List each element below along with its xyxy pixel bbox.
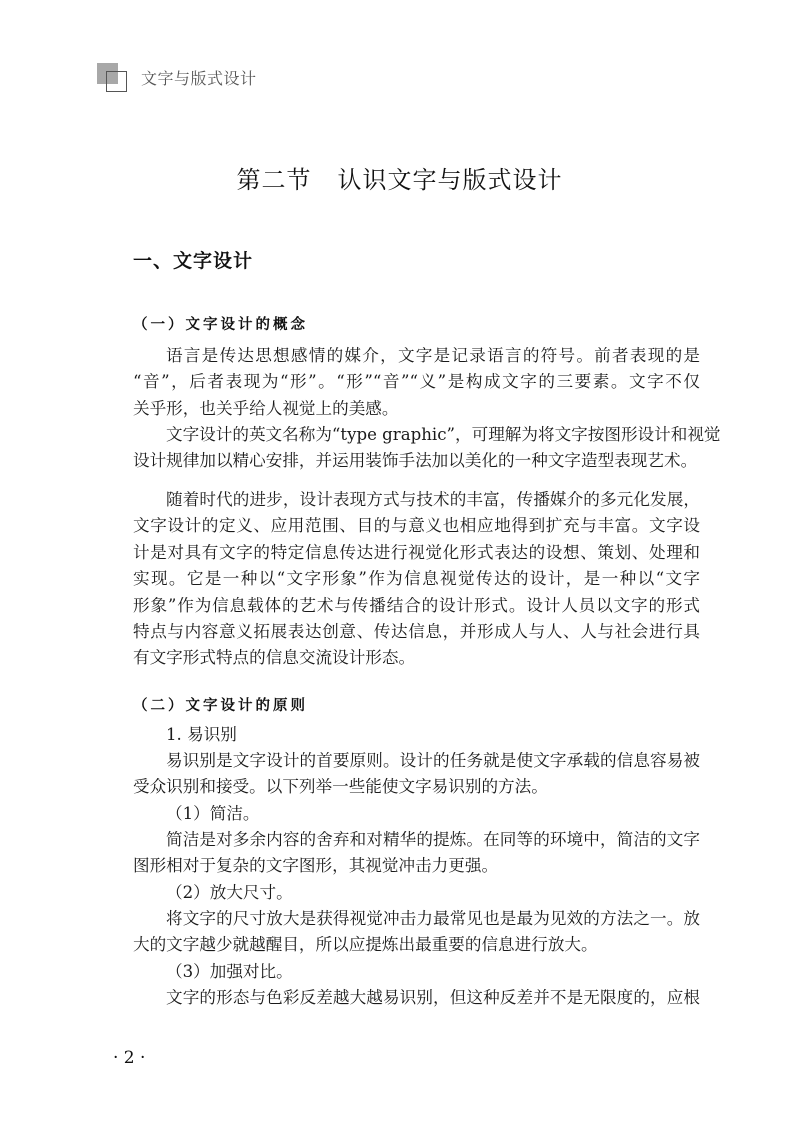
- running-head-title: 文字与版式设计: [141, 66, 257, 89]
- subsection-heading-1: （一）文字设计的概念: [133, 313, 308, 334]
- paragraph: 文字设计的英文名称为“type graphic”，可理解为将文字按图形设计和视觉…: [133, 422, 700, 475]
- page-number: · 2 ·: [113, 1048, 145, 1068]
- text-line: 关乎形，也关乎给人视觉上的美感。: [133, 396, 700, 422]
- paragraph: 将文字的尺寸放大是获得视觉冲击力最常见也是最为见效的方法之一。放 大的文字越少就…: [133, 906, 700, 959]
- section-title-text: 认识文字与版式设计: [338, 166, 563, 194]
- text-line: 将文字的尺寸放大是获得视觉冲击力最常见也是最为见效的方法之一。放: [133, 906, 700, 932]
- paragraph: 文字的形态与色彩反差越大越易识别，但这种反差并不是无限度的，应根: [133, 985, 700, 1011]
- text-line: 易识别是文字设计的首要原则。设计的任务就是使文字承载的信息容易被: [133, 748, 700, 774]
- text-line: 特点与内容意义拓展表达创意、传达信息，并形成人与人、人与社会进行具: [133, 619, 700, 645]
- section-title: 第二节认识文字与版式设计: [0, 160, 799, 195]
- subsection-heading-2: （二）文字设计的原则: [133, 694, 308, 715]
- text-line: 计是对具有文字的特定信息传达进行视觉化形式表达的设想、策划、处理和: [133, 540, 700, 566]
- text-line: 实现。它是一种以“文字形象”作为信息视觉传达的设计，是一种以“文字: [133, 566, 700, 592]
- numbered-item-label: 1. 易识别: [133, 722, 700, 748]
- paragraph: 随着时代的进步，设计表现方式与技术的丰富，传播媒介的多元化发展， 文字设计的定义…: [133, 487, 700, 672]
- text-line: 文字设计的定义、应用范围、目的与意义也相应地得到扩充与丰富。文字设: [133, 513, 700, 539]
- text-line: （3）加强对比。: [133, 959, 700, 985]
- sub-item-label: （2）放大尺寸。: [133, 880, 700, 906]
- text-line: 有文字形式特点的信息交流设计形态。: [133, 645, 700, 671]
- sub-item-label: （3）加强对比。: [133, 959, 700, 985]
- text-line: 随着时代的进步，设计表现方式与技术的丰富，传播媒介的多元化发展，: [133, 487, 700, 513]
- text-line: 文字设计的英文名称为“type graphic”，可理解为将文字按图形设计和视觉: [133, 422, 700, 448]
- text-line: （2）放大尺寸。: [133, 880, 700, 906]
- text-line: “音”，后者表现为“形”。“形”“音”“义”是构成文字的三要素。文字不仅: [133, 369, 700, 395]
- sub-item-label: （1）简洁。: [133, 801, 700, 827]
- paragraph: 简洁是对多余内容的舍弃和对精华的提炼。在同等的环境中，简洁的文字 图形相对于复杂…: [133, 827, 700, 880]
- text-line: 形象”作为信息载体的艺术与传播结合的设计形式。设计人员以文字的形式: [133, 593, 700, 619]
- text-line: 语言是传达思想感情的媒介，文字是记录语言的符号。前者表现的是: [133, 343, 700, 369]
- text-line: 大的文字越少就越醒目，所以应提炼出最重要的信息进行放大。: [133, 932, 700, 958]
- text-line: 设计规律加以精心安排，并运用装饰手法加以美化的一种文字造型表现艺术。: [133, 448, 700, 474]
- overlapping-squares-icon: [97, 62, 129, 94]
- paragraph: 易识别是文字设计的首要原则。设计的任务就是使文字承载的信息容易被 受众识别和接受…: [133, 748, 700, 801]
- text-line: 简洁是对多余内容的舍弃和对精华的提炼。在同等的环境中，简洁的文字: [133, 827, 700, 853]
- text-line: 1. 易识别: [133, 722, 700, 748]
- section-number: 第二节: [237, 166, 312, 194]
- outlined-square: [106, 71, 127, 92]
- text-line: 受众识别和接受。以下列举一些能使文字易识别的方法。: [133, 774, 700, 800]
- text-line: 文字的形态与色彩反差越大越易识别，但这种反差并不是无限度的，应根: [133, 985, 700, 1011]
- heading-level-1: 一、文字设计: [133, 246, 253, 273]
- text-line: （1）简洁。: [133, 801, 700, 827]
- text-line: 图形相对于复杂的文字图形，其视觉冲击力更强。: [133, 853, 700, 879]
- paragraph: 语言是传达思想感情的媒介，文字是记录语言的符号。前者表现的是 “音”，后者表现为…: [133, 343, 700, 422]
